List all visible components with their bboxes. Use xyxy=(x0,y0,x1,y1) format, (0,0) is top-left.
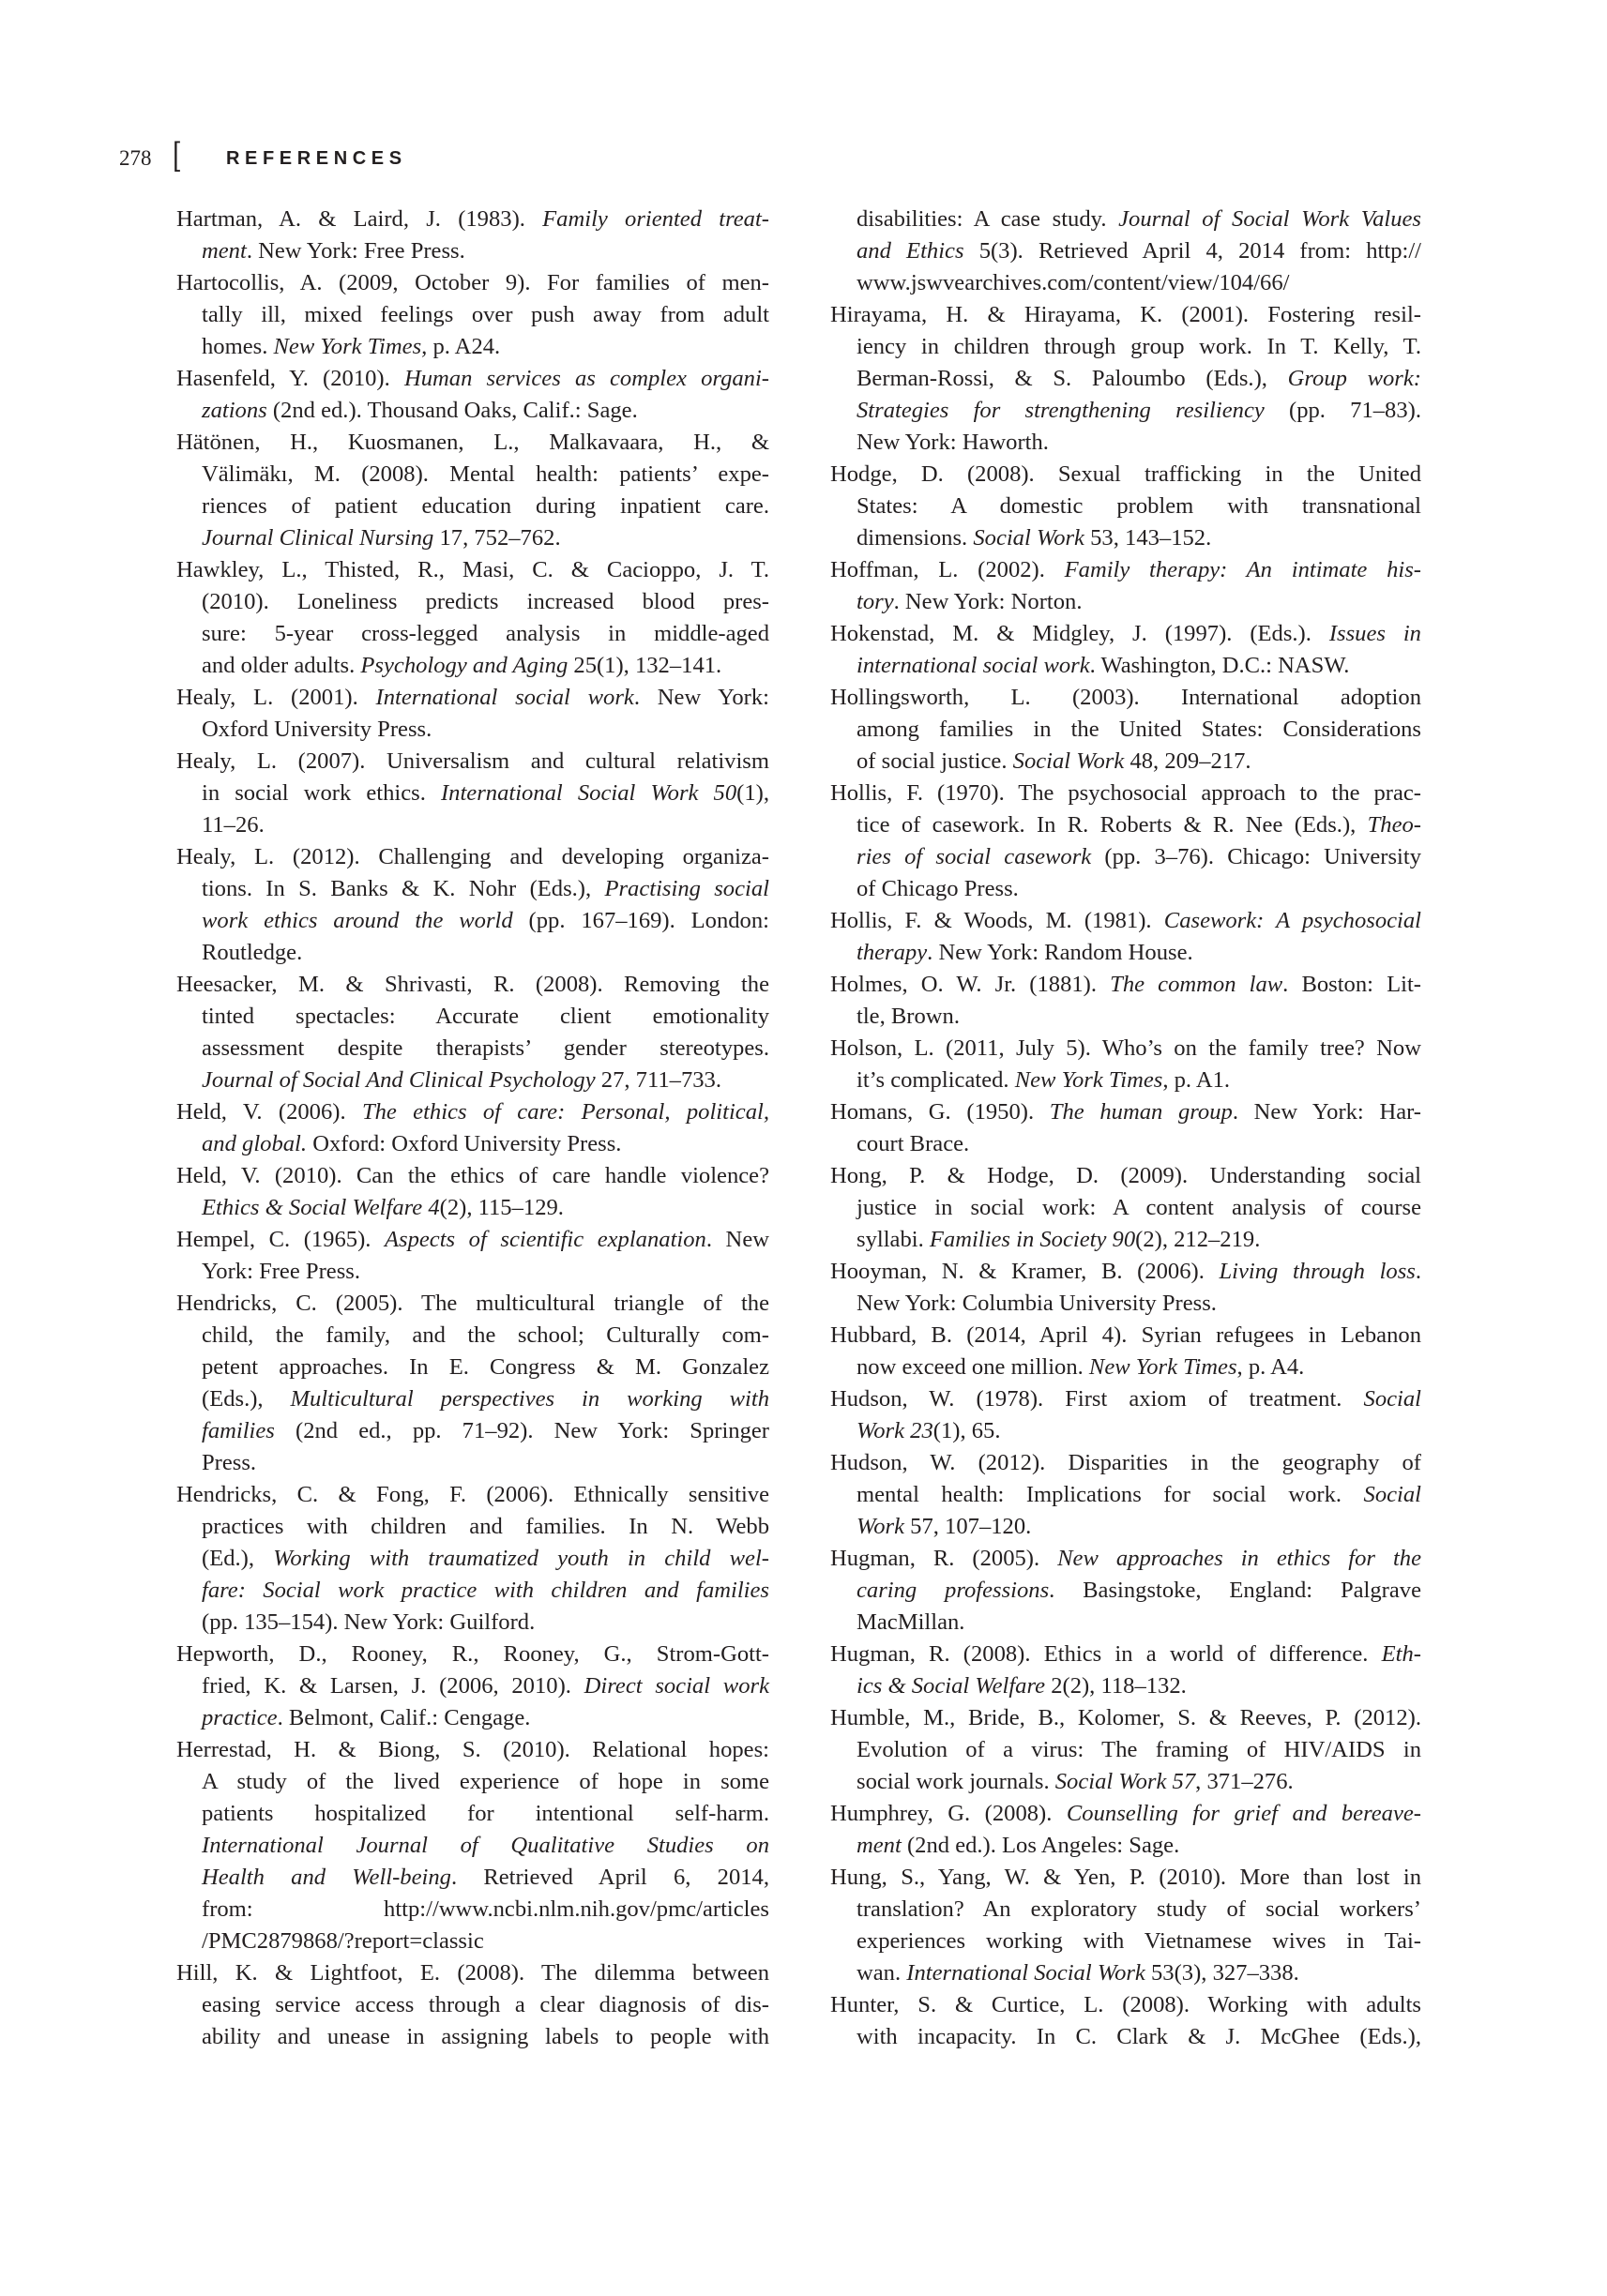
reference-entry: Healy, L. (2012). Challenging and develo… xyxy=(176,841,769,969)
reference-line: Work 57, 107–120. xyxy=(830,1511,1421,1543)
reference-line: Heesacker, M. & Shrivasti, R. (2008). Re… xyxy=(176,969,769,1001)
reference-line: Hollingsworth, L. (2003). International … xyxy=(830,682,1421,714)
reference-line: families (2nd ed., pp. 71–92). New York:… xyxy=(176,1415,769,1447)
reference-line: Press. xyxy=(176,1447,769,1479)
reference-line: child, the family, and the school; Cultu… xyxy=(176,1320,769,1352)
reference-entry: Hunter, S. & Curtice, L. (2008). Working… xyxy=(830,1989,1421,2053)
reference-entry: Hartman, A. & Laird, J. (1983). Family o… xyxy=(176,204,769,267)
reference-line: Hendricks, C. (2005). The multicultural … xyxy=(176,1288,769,1320)
reference-entry: Hepworth, D., Rooney, R., Rooney, G., St… xyxy=(176,1639,769,1734)
reference-line: Hung, S., Yang, W. & Yen, P. (2010). Mor… xyxy=(830,1862,1421,1894)
reference-line: Oxford University Press. xyxy=(176,714,769,746)
reference-entry: Held, V. (2006). The ethics of care: Per… xyxy=(176,1096,769,1160)
reference-line: Journal of Social And Clinical Psycholog… xyxy=(176,1065,769,1096)
reference-entry: Hugman, R. (2005). New approaches in eth… xyxy=(830,1543,1421,1639)
reference-line: /PMC2879868/?report=classic xyxy=(176,1926,769,1957)
reference-line: practices with children and families. In… xyxy=(176,1511,769,1543)
page-number: 278 xyxy=(119,146,152,171)
reference-line: (pp. 135–154). New York: Guilford. xyxy=(176,1607,769,1639)
reference-line: and older adults. Psychology and Aging 2… xyxy=(176,650,769,682)
reference-line: Hudson, W. (2012). Disparities in the ge… xyxy=(830,1447,1421,1479)
reference-line: fare: Social work practice with children… xyxy=(176,1575,769,1607)
reference-entry: Hollis, F. (1970). The psychosocial appr… xyxy=(830,778,1421,905)
reference-entry: Hodge, D. (2008). Sexual trafficking in … xyxy=(830,459,1421,554)
reference-entry: Hollis, F. & Woods, M. (1981). Casework:… xyxy=(830,905,1421,969)
reference-line: States: A domestic problem with transnat… xyxy=(830,491,1421,522)
reference-line: Hartocollis, A. (2009, October 9). For f… xyxy=(176,267,769,299)
reference-line: of Chicago Press. xyxy=(830,873,1421,905)
reference-line: justice in social work: A content analys… xyxy=(830,1192,1421,1224)
reference-line: Hollis, F. & Woods, M. (1981). Casework:… xyxy=(830,905,1421,937)
reference-line: ics & Social Welfare 2(2), 118–132. xyxy=(830,1670,1421,1702)
reference-line: Hunter, S. & Curtice, L. (2008). Working… xyxy=(830,1989,1421,2021)
reference-entry: Hollingsworth, L. (2003). International … xyxy=(830,682,1421,778)
reference-line: Hendricks, C. & Fong, F. (2006). Ethnica… xyxy=(176,1479,769,1511)
reference-line: disabilities: A case study. Journal of S… xyxy=(830,204,1421,235)
reference-line: Hepworth, D., Rooney, R., Rooney, G., St… xyxy=(176,1639,769,1670)
reference-line: 11–26. xyxy=(176,809,769,841)
reference-entry: Hubbard, B. (2014, April 4). Syrian refu… xyxy=(830,1320,1421,1383)
reference-line: among families in the United States: Con… xyxy=(830,714,1421,746)
reference-line: tally ill, mixed feelings over push away… xyxy=(176,299,769,331)
reference-entry: Hugman, R. (2008). Ethics in a world of … xyxy=(830,1639,1421,1702)
reference-line: mental health: Implications for social w… xyxy=(830,1479,1421,1511)
reference-line: International Journal of Qualitative Stu… xyxy=(176,1830,769,1862)
reference-line: patients hospitalized for intentional se… xyxy=(176,1798,769,1830)
reference-line: ries of social casework (pp. 3–76). Chic… xyxy=(830,841,1421,873)
reference-line: York: Free Press. xyxy=(176,1256,769,1288)
reference-line: Herrestad, H. & Biong, S. (2010). Relati… xyxy=(176,1734,769,1766)
reference-line: therapy. New York: Random House. xyxy=(830,937,1421,969)
reference-line: Hoffman, L. (2002). Family therapy: An i… xyxy=(830,554,1421,586)
reference-entry: Held, V. (2010). Can the ethics of care … xyxy=(176,1160,769,1224)
reference-line: Humble, M., Bride, B., Kolomer, S. & Ree… xyxy=(830,1702,1421,1734)
reference-line: Hong, P. & Hodge, D. (2009). Understandi… xyxy=(830,1160,1421,1192)
reference-line: A study of the lived experience of hope … xyxy=(176,1766,769,1798)
reference-line: Hugman, R. (2008). Ethics in a world of … xyxy=(830,1639,1421,1670)
reference-line: ment. New York: Free Press. xyxy=(176,235,769,267)
reference-line: Hokenstad, M. & Midgley, J. (1997). (Eds… xyxy=(830,618,1421,650)
reference-line: riences of patient education during inpa… xyxy=(176,491,769,522)
reference-line: Hempel, C. (1965). Aspects of scientific… xyxy=(176,1224,769,1256)
reference-line: homes. New York Times, p. A24. xyxy=(176,331,769,363)
reference-entry: Hendricks, C. (2005). The multicultural … xyxy=(176,1288,769,1479)
reference-line: with incapacity. In C. Clark & J. McGhee… xyxy=(830,2021,1421,2053)
reference-line: easing service access through a clear di… xyxy=(176,1989,769,2021)
reference-line: (Eds.), Multicultural perspectives in wo… xyxy=(176,1383,769,1415)
reference-line: Hirayama, H. & Hirayama, K. (2001). Fost… xyxy=(830,299,1421,331)
reference-line: Hasenfeld, Y. (2010). Human services as … xyxy=(176,363,769,395)
reference-line: Hill, K. & Lightfoot, E. (2008). The dil… xyxy=(176,1957,769,1989)
reference-entry: Humble, M., Bride, B., Kolomer, S. & Ree… xyxy=(830,1702,1421,1798)
reference-line: Hudson, W. (1978). First axiom of treatm… xyxy=(830,1383,1421,1415)
reference-line: Held, V. (2006). The ethics of care: Per… xyxy=(176,1096,769,1128)
reference-entry: Hong, P. & Hodge, D. (2009). Understandi… xyxy=(830,1160,1421,1256)
reference-line: ability and unease in assigning labels t… xyxy=(176,2021,769,2053)
reference-line: Held, V. (2010). Can the ethics of care … xyxy=(176,1160,769,1192)
reference-line: Healy, L. (2007). Universalism and cultu… xyxy=(176,746,769,778)
reference-line: Humphrey, G. (2008). Counselling for gri… xyxy=(830,1798,1421,1830)
reference-entry: Healy, L. (2007). Universalism and cultu… xyxy=(176,746,769,841)
reference-line: MacMillan. xyxy=(830,1607,1421,1639)
reference-line: fried, K. & Larsen, J. (2006, 2010). Dir… xyxy=(176,1670,769,1702)
reference-line: Health and Well-being. Retrieved April 6… xyxy=(176,1862,769,1894)
reference-entry: Hokenstad, M. & Midgley, J. (1997). (Eds… xyxy=(830,618,1421,682)
reference-line: Hartman, A. & Laird, J. (1983). Family o… xyxy=(176,204,769,235)
reference-line: New York: Columbia University Press. xyxy=(830,1288,1421,1320)
reference-entry: Hawkley, L., Thisted, R., Masi, C. & Cac… xyxy=(176,554,769,682)
section-title: REFERENCES xyxy=(226,148,407,170)
reference-entry: Hoffman, L. (2002). Family therapy: An i… xyxy=(830,554,1421,618)
reference-line: of social justice. Social Work 48, 209–2… xyxy=(830,746,1421,778)
reference-line: and Ethics 5(3). Retrieved April 4, 2014… xyxy=(830,235,1421,267)
reference-entry: Hätönen, H., Kuosmanen, L., Malkavaara, … xyxy=(176,427,769,554)
reference-entry: Humphrey, G. (2008). Counselling for gri… xyxy=(830,1798,1421,1862)
reference-line: Healy, L. (2001). International social w… xyxy=(176,682,769,714)
reference-line: ment (2nd ed.). Los Angeles: Sage. xyxy=(830,1830,1421,1862)
reference-line: experiences working with Vietnamese wive… xyxy=(830,1926,1421,1957)
reference-line: tice of casework. In R. Roberts & R. Nee… xyxy=(830,809,1421,841)
reference-entry: Healy, L. (2001). International social w… xyxy=(176,682,769,746)
reference-line: New York: Haworth. xyxy=(830,427,1421,459)
left-column: Hartman, A. & Laird, J. (1983). Family o… xyxy=(176,204,769,2053)
reference-line: practice. Belmont, Calif.: Cengage. xyxy=(176,1702,769,1734)
reference-line: www.jswvearchives.com/content/view/104/6… xyxy=(830,267,1421,299)
right-column: disabilities: A case study. Journal of S… xyxy=(830,204,1421,2053)
reference-line: it’s complicated. New York Times, p. A1. xyxy=(830,1065,1421,1096)
reference-entry: Hempel, C. (1965). Aspects of scientific… xyxy=(176,1224,769,1288)
reference-line: and global. Oxford: Oxford University Pr… xyxy=(176,1128,769,1160)
reference-line: iency in children through group work. In… xyxy=(830,331,1421,363)
reference-line: Work 23(1), 65. xyxy=(830,1415,1421,1447)
reference-line: Hodge, D. (2008). Sexual trafficking in … xyxy=(830,459,1421,491)
reference-line: tinted spectacles: Accurate client emoti… xyxy=(176,1001,769,1033)
reference-line: sure: 5-year cross-legged analysis in mi… xyxy=(176,618,769,650)
reference-line: Hollis, F. (1970). The psychosocial appr… xyxy=(830,778,1421,809)
reference-line: Ethics & Social Welfare 4(2), 115–129. xyxy=(176,1192,769,1224)
reference-line: syllabi. Families in Society 90(2), 212–… xyxy=(830,1224,1421,1256)
reference-line: now exceed one million. New York Times, … xyxy=(830,1352,1421,1383)
reference-line: Berman-Rossi, & S. Paloumbo (Eds.), Grou… xyxy=(830,363,1421,395)
reference-entry: Hung, S., Yang, W. & Yen, P. (2010). Mor… xyxy=(830,1862,1421,1989)
reference-entry: Homans, G. (1950). The human group. New … xyxy=(830,1096,1421,1160)
reference-line: Journal Clinical Nursing 17, 752–762. xyxy=(176,522,769,554)
reference-line: Hawkley, L., Thisted, R., Masi, C. & Cac… xyxy=(176,554,769,586)
reference-line: petent approaches. In E. Congress & M. G… xyxy=(176,1352,769,1383)
reference-entry: Hill, K. & Lightfoot, E. (2008). The dil… xyxy=(176,1957,769,2053)
reference-entry: Hasenfeld, Y. (2010). Human services as … xyxy=(176,363,769,427)
reference-line: Holmes, O. W. Jr. (1881). The common law… xyxy=(830,969,1421,1001)
reference-line: Healy, L. (2012). Challenging and develo… xyxy=(176,841,769,873)
reference-entry: Hirayama, H. & Hirayama, K. (2001). Fost… xyxy=(830,299,1421,459)
reference-line: tle, Brown. xyxy=(830,1001,1421,1033)
reference-line: Homans, G. (1950). The human group. New … xyxy=(830,1096,1421,1128)
reference-entry: Holmes, O. W. Jr. (1881). The common law… xyxy=(830,969,1421,1033)
reference-line: Hätönen, H., Kuosmanen, L., Malkavaara, … xyxy=(176,427,769,459)
reference-entry: Holson, L. (2011, July 5). Who’s on the … xyxy=(830,1033,1421,1096)
reference-entry: Hudson, W. (2012). Disparities in the ge… xyxy=(830,1447,1421,1543)
reference-entry: Heesacker, M. & Shrivasti, R. (2008). Re… xyxy=(176,969,769,1096)
reference-line: zations (2nd ed.). Thousand Oaks, Calif.… xyxy=(176,395,769,427)
reference-line: work ethics around the world (pp. 167–16… xyxy=(176,905,769,937)
reference-line: Hubbard, B. (2014, April 4). Syrian refu… xyxy=(830,1320,1421,1352)
reference-entry: Hartocollis, A. (2009, October 9). For f… xyxy=(176,267,769,363)
reference-line: wan. International Social Work 53(3), 32… xyxy=(830,1957,1421,1989)
reference-entry: disabilities: A case study. Journal of S… xyxy=(830,204,1421,299)
reference-line: tory. New York: Norton. xyxy=(830,586,1421,618)
reference-entry: Hooyman, N. & Kramer, B. (2006). Living … xyxy=(830,1256,1421,1320)
reference-entry: Hudson, W. (1978). First axiom of treatm… xyxy=(830,1383,1421,1447)
reference-line: Hooyman, N. & Kramer, B. (2006). Living … xyxy=(830,1256,1421,1288)
bracket-ornament: [ xyxy=(173,137,182,175)
reference-line: assessment despite therapists’ gender st… xyxy=(176,1033,769,1065)
reference-line: Strategies for strengthening resiliency … xyxy=(830,395,1421,427)
reference-line: dimensions. Social Work 53, 143–152. xyxy=(830,522,1421,554)
running-header: 278 [ REFERENCES xyxy=(0,141,1607,178)
reference-line: Välimäkı, M. (2008). Mental health: pati… xyxy=(176,459,769,491)
reference-line: translation? An exploratory study of soc… xyxy=(830,1894,1421,1926)
reference-line: (Ed.), Working with traumatized youth in… xyxy=(176,1543,769,1575)
reference-line: caring professions. Basingstoke, England… xyxy=(830,1575,1421,1607)
reference-line: from: http://www.ncbi.nlm.nih.gov/pmc/ar… xyxy=(176,1894,769,1926)
reference-line: Hugman, R. (2005). New approaches in eth… xyxy=(830,1543,1421,1575)
reference-line: social work journals. Social Work 57, 37… xyxy=(830,1766,1421,1798)
reference-line: Routledge. xyxy=(176,937,769,969)
reference-line: (2010). Loneliness predicts increased bl… xyxy=(176,586,769,618)
reference-line: Holson, L. (2011, July 5). Who’s on the … xyxy=(830,1033,1421,1065)
reference-line: court Brace. xyxy=(830,1128,1421,1160)
reference-line: tions. In S. Banks & K. Nohr (Eds.), Pra… xyxy=(176,873,769,905)
reference-line: international social work. Washington, D… xyxy=(830,650,1421,682)
reference-entry: Hendricks, C. & Fong, F. (2006). Ethnica… xyxy=(176,1479,769,1639)
reference-line: in social work ethics. International Soc… xyxy=(176,778,769,809)
reference-line: Evolution of a virus: The framing of HIV… xyxy=(830,1734,1421,1766)
reference-entry: Herrestad, H. & Biong, S. (2010). Relati… xyxy=(176,1734,769,1957)
